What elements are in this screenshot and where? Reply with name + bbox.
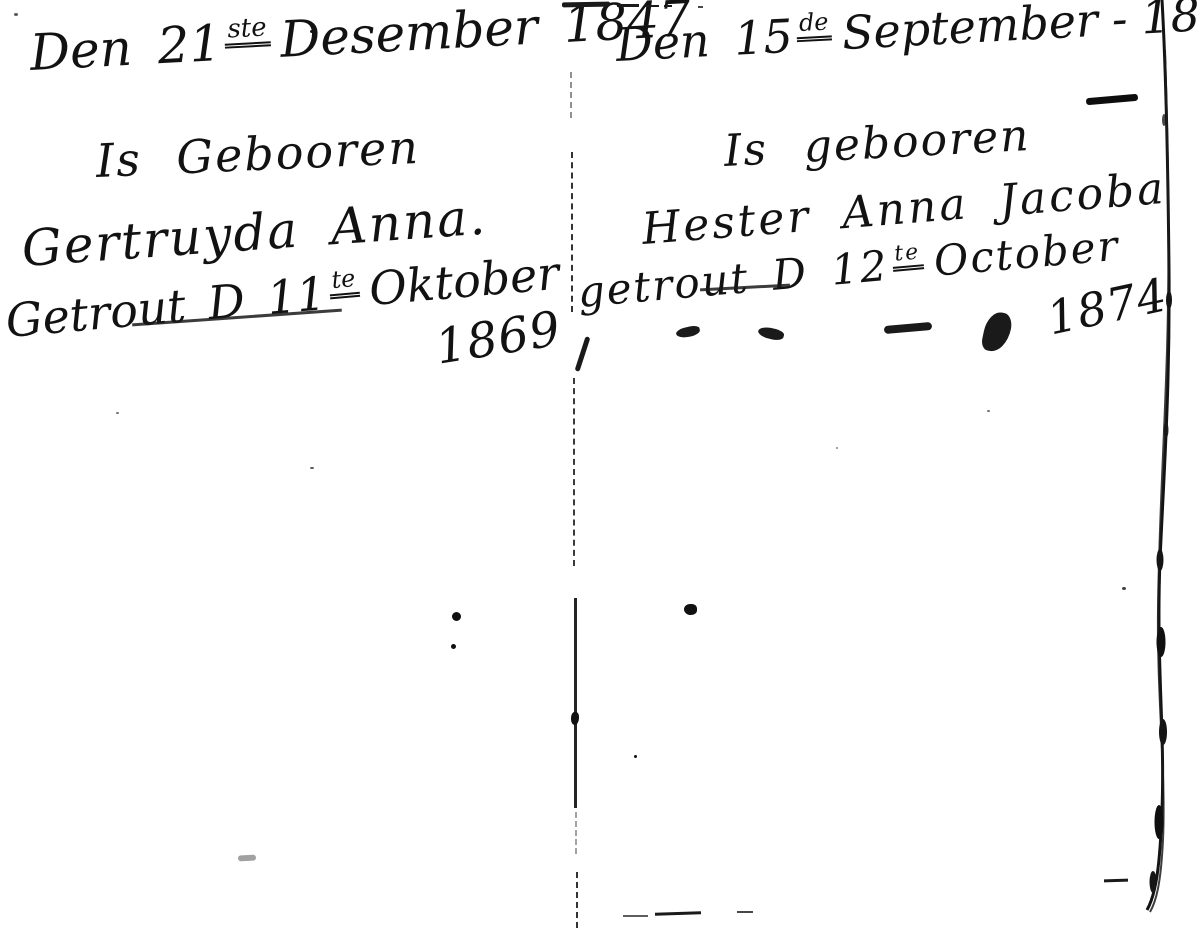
right-date-line: Den 15deSeptember-1849 bbox=[615, 0, 1200, 72]
bottom-edge-dash bbox=[737, 911, 753, 913]
ink-smudge bbox=[675, 325, 701, 340]
ink-speck bbox=[310, 30, 314, 33]
page-top-edge-segment bbox=[664, 5, 672, 7]
right-married-ordinal: te bbox=[891, 241, 925, 272]
bottom-edge-dash bbox=[623, 915, 648, 917]
page-top-edge-segment bbox=[698, 6, 703, 8]
right-date-ordinal: de bbox=[795, 10, 832, 42]
year-underline bbox=[1086, 94, 1138, 106]
ink-speck bbox=[634, 755, 637, 758]
right-married-prefix: getrout D 12 bbox=[576, 241, 891, 317]
ink-speck bbox=[836, 447, 838, 449]
left-born-text: Is Gebooren bbox=[95, 120, 421, 188]
ink-smudge bbox=[238, 855, 256, 862]
right-born-line: Is gebooren bbox=[723, 112, 1032, 176]
ink-smudge bbox=[884, 322, 933, 334]
right-date-year: 1849 bbox=[1140, 0, 1200, 44]
left-date-line: Den 21steDesember 1847 bbox=[29, 0, 693, 81]
ink-dot bbox=[684, 604, 697, 615]
left-married-prefix: Getrout D 11 bbox=[4, 266, 328, 348]
left-date-day: Den 21 bbox=[28, 14, 222, 82]
ink-speck bbox=[310, 467, 314, 469]
page-fold-line-segment bbox=[575, 812, 577, 854]
page-fold-line-segment bbox=[574, 598, 577, 808]
bottom-edge-dash bbox=[1104, 879, 1128, 883]
right-date-dash: - bbox=[1110, 0, 1128, 46]
page-top-edge-segment bbox=[617, 4, 639, 7]
ink-smudge bbox=[757, 325, 785, 342]
page-top-edge-segment bbox=[645, 5, 659, 7]
page-fold-line-segment bbox=[571, 152, 573, 312]
ink-speck bbox=[116, 412, 119, 414]
ink-speck bbox=[1122, 587, 1126, 590]
left-married-year: 1869 bbox=[432, 303, 565, 375]
ink-smudge bbox=[575, 336, 591, 372]
page-edge-binding bbox=[1128, 0, 1200, 932]
ink-speck bbox=[14, 13, 18, 16]
page-fold-line-segment bbox=[570, 72, 572, 118]
right-born-text: Is gebooren bbox=[723, 110, 1032, 177]
page-fold-line-segment bbox=[573, 378, 575, 566]
right-married-year: 1874 bbox=[1043, 269, 1172, 344]
fold-line-blob bbox=[571, 712, 579, 725]
right-married-month: October bbox=[932, 221, 1122, 286]
right-date-month: September bbox=[841, 0, 1100, 60]
left-married-year-text: 1869 bbox=[432, 301, 565, 376]
left-married-ordinal: te bbox=[328, 267, 360, 299]
right-date-day: Den 15 bbox=[615, 9, 794, 72]
bottom-edge-dash bbox=[655, 911, 701, 916]
left-born-line: Is Gebooren bbox=[95, 122, 421, 187]
page-fold-line-segment bbox=[576, 872, 578, 928]
ink-dot bbox=[452, 612, 461, 621]
ink-speck bbox=[987, 410, 990, 412]
left-date-ordinal: ste bbox=[224, 14, 271, 48]
page-top-edge-segment bbox=[562, 2, 610, 8]
ink-smudge bbox=[980, 310, 1014, 355]
ink-dot bbox=[451, 644, 456, 649]
right-married-year-text: 1874 bbox=[1042, 267, 1172, 345]
scanned-register-spread: Den 21steDesember 1847 Is Gebooren Gertr… bbox=[0, 0, 1200, 932]
